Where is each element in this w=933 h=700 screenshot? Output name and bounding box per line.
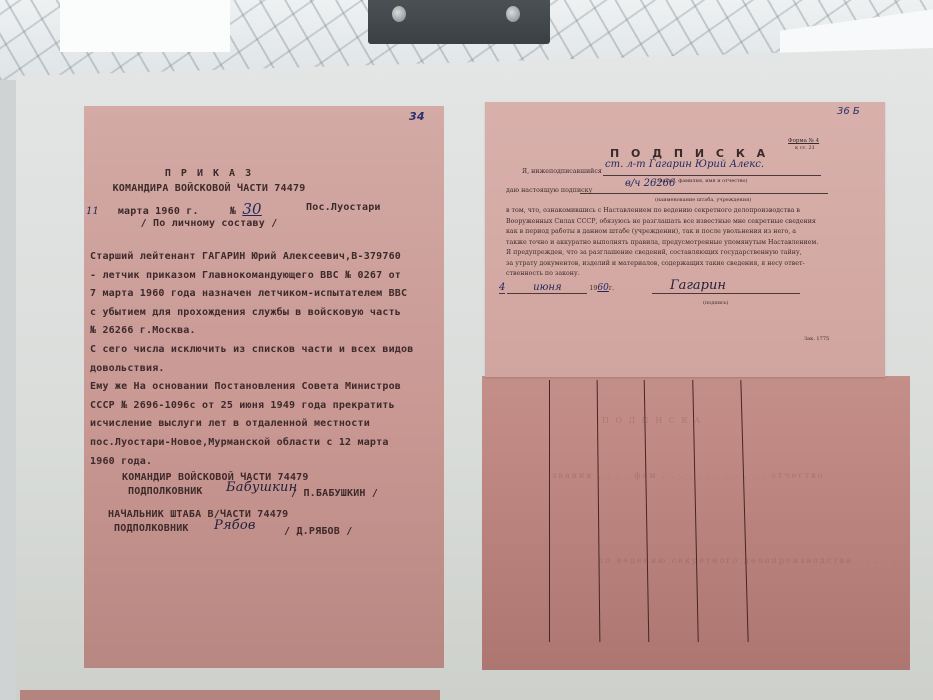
next-document-edge (20, 690, 440, 700)
signature-2-handwritten: Рябов (214, 518, 256, 533)
order-date-line: 11 марта 1960 г. № 30 (86, 200, 262, 218)
signature-1-name: / П.БАБУШКИН / (291, 488, 378, 499)
order-body-line: Старший лейтенант ГАГАРИН Юрий Алексееви… (90, 251, 401, 262)
form-body-line: также точно и аккуратно выполнять правил… (506, 239, 818, 246)
order-number-prefix: № (230, 206, 236, 217)
signature-1-handwritten: Бабушкин (226, 480, 297, 495)
order-body-line: - летчик приказом Главнокомандующего ВВС… (90, 270, 401, 281)
form-body-line: ственность по закону. (506, 270, 580, 277)
signature-2-rank: ПОДПОЛКОВНИК (114, 523, 189, 534)
order-body-line: пос.Луостари-Новое,Мурманской области с … (90, 437, 389, 448)
order-body-line: исчисление выслуги лет в отдаленной мест… (90, 418, 370, 429)
order-body-line: 7 марта 1960 года назначен летчиком-испы… (90, 288, 407, 299)
order-body-line: 1960 года. (90, 456, 152, 467)
form-label: Форма № 4 (788, 138, 819, 144)
form-body-line: как в период работы в данном штабе (учре… (506, 228, 796, 235)
signature-2-name: / Д.РЯБОВ / (284, 526, 352, 537)
form-signature-caption: (подпись) (703, 300, 729, 306)
line2-handwritten: в/ч 26266 (625, 178, 675, 189)
form-body-line: за утрату документов, изделий и материал… (506, 260, 805, 267)
order-body-line: С сего числа исключить из списков части … (90, 344, 413, 355)
order-document: 34 П Р И К А З КОМАНДИРА ВОЙСКОВОЙ ЧАСТИ… (84, 106, 444, 668)
ruled-line (597, 380, 601, 642)
order-body-line: с убытием для прохождения службы в войск… (90, 307, 401, 318)
page-number: 34 (409, 110, 425, 123)
ceiling-light (60, 0, 230, 52)
order-subtitle: КОМАНДИРА ВОЙСКОВОЙ ЧАСТИ 74479 (84, 183, 334, 194)
ruled-line (549, 380, 550, 642)
board-mount-bracket (368, 0, 550, 44)
form-signature-handwritten: Гагарин (670, 278, 726, 293)
signature-1-rank: ПОДПОЛКОВНИК (128, 486, 203, 497)
order-date: марта 1960 г. (118, 206, 199, 217)
order-body-line: № 26266 г.Москва. (90, 325, 196, 336)
form-body-line: Вооруженных Силах СССР, обязуюсь не разг… (506, 218, 816, 225)
order-body-line: довольствия. (90, 363, 165, 374)
line1-prefix: Я, нижеподписавшийся (522, 168, 602, 175)
order-title: П Р И К А З (84, 168, 334, 179)
form-ref: к ст. 21 (795, 145, 815, 151)
form-body-line: в том, что, ознакомившись с Наставлением… (506, 207, 800, 214)
ruled-line (740, 380, 749, 642)
form-order-ref: Зак. 1775 (804, 336, 829, 342)
order-number: 30 (242, 200, 262, 218)
underlying-form-page: П О Д П И С К А звания . . . . фам . . .… (482, 376, 910, 670)
form-date-day: 4 (499, 282, 505, 294)
form-date-suffix: г. (609, 285, 614, 292)
nondisclosure-form: 36 Б Форма № 4 к ст. 21 П О Д П И С К А … (485, 102, 885, 377)
line2-caption: (наименование штаба, учреждения) (655, 197, 751, 203)
page-number: 36 Б (837, 106, 860, 117)
form-date: 4 июня 1960г. (499, 282, 614, 294)
signature-2-position: НАЧАЛЬНИК ШТАБА В/ЧАСТИ 74479 (108, 509, 288, 520)
order-location: Пос.Луостари (306, 202, 381, 213)
order-date-day: 11 (86, 206, 99, 217)
screw-icon (506, 6, 520, 22)
form-body-line: Я предупрежден, что за разглашение сведе… (506, 249, 802, 256)
line1-handwritten: ст. л-т Гагарин Юрий Алекс. (605, 159, 764, 170)
order-body-line: СССР № 2696-1096с от 25 июня 1949 года п… (90, 400, 395, 411)
form-date-year: 60 (597, 283, 608, 293)
order-body-line: Ему же На основании Постановления Совета… (90, 381, 401, 392)
form-date-month: июня (507, 282, 587, 294)
order-category: / По личному составу / (84, 218, 334, 229)
screw-icon (392, 6, 406, 22)
